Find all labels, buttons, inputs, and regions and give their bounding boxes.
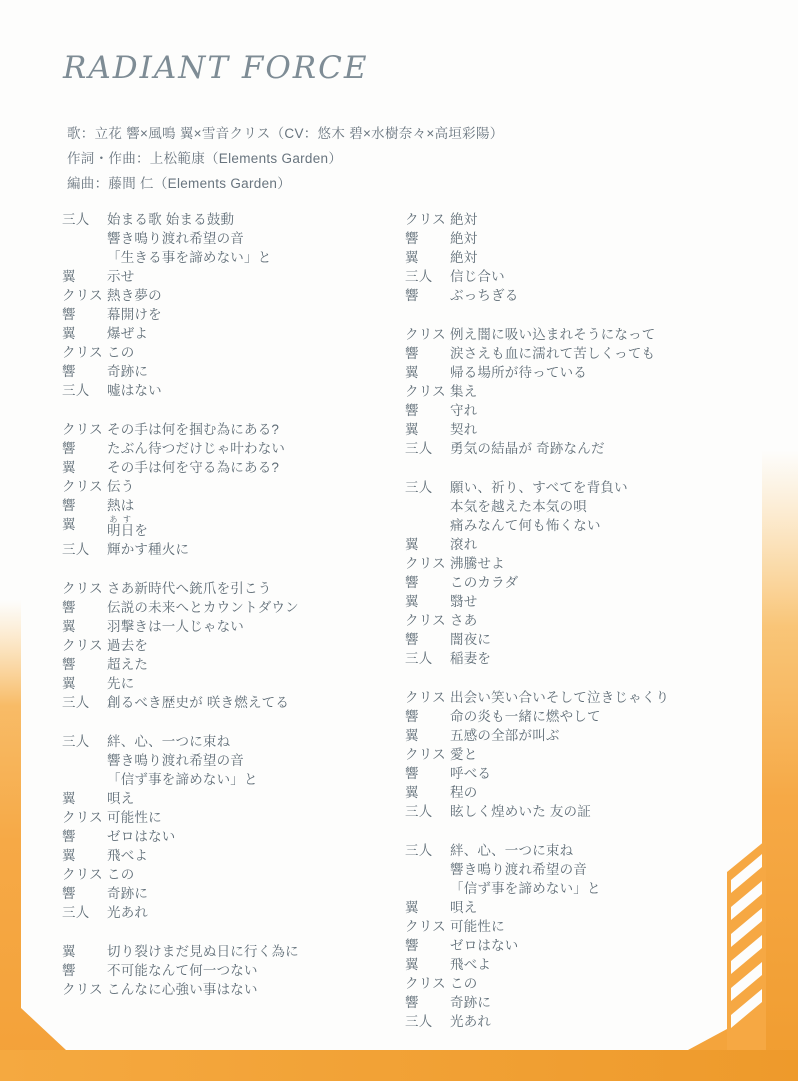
speaker-label <box>405 497 450 516</box>
lyric-line: 響呼べる <box>405 764 790 783</box>
lyric-line: クリスその手は何を掴む為にある? <box>62 420 397 439</box>
lyric-text: 唄え <box>107 789 134 808</box>
lyric-line: 響ゼロはない <box>405 936 790 955</box>
lyric-line: 翼程の <box>405 783 790 802</box>
lyric-text: 光あれ <box>450 1012 491 1031</box>
lyric-text: 勇気の結晶が 奇跡なんだ <box>450 439 605 458</box>
lyric-text: 稲妻を <box>450 649 491 668</box>
lyric-text: 伝う <box>107 477 134 496</box>
lyric-line: クリス伝う <box>62 477 397 496</box>
lyric-line: クリスさあ新時代へ銃爪を引こう <box>62 579 397 598</box>
speaker-label: クリス <box>405 917 450 936</box>
speaker-label: 響 <box>405 229 450 248</box>
lyric-text: 響き鳴り渡れ希望の音 <box>107 229 244 248</box>
speaker-label: 三人 <box>405 841 450 860</box>
speaker-label <box>405 860 450 879</box>
lyric-text: その手は何を守る為にある? <box>107 458 279 477</box>
lyric-block: クリス絶対響絶対翼絶対三人信じ合い響ぶっちぎる <box>405 210 790 305</box>
lyric-text: 「信ず事を諦めない」と <box>107 770 258 789</box>
lyric-text: 輝かす種火に <box>107 540 189 559</box>
speaker-label: 翼 <box>405 535 450 554</box>
lyric-line: 響ぶっちぎる <box>405 286 790 305</box>
speaker-label: クリス <box>62 865 107 884</box>
speaker-label: 響 <box>405 573 450 592</box>
lyric-text: 命の炎も一緒に燃やして <box>450 707 601 726</box>
lyric-line: 翼契れ <box>405 420 790 439</box>
lyric-block: クリスその手は何を掴む為にある?響たぶん待つだけじゃ叶わない翼その手は何を守る為… <box>62 420 397 559</box>
song-title: RADIANT FORCE <box>63 50 368 86</box>
lyric-text: ぶっちぎる <box>450 286 519 305</box>
lyric-text: 熱き夢の <box>107 286 162 305</box>
lyric-line: 翼唄え <box>405 898 790 917</box>
lyric-line: 響幕開けを <box>62 305 397 324</box>
lyric-text: 不可能なんて何一つない <box>107 961 258 980</box>
speaker-label: 三人 <box>62 732 107 751</box>
lyric-line: 翼唄え <box>62 789 397 808</box>
speaker-label <box>405 516 450 535</box>
lyric-line: クリスさあ <box>405 611 790 630</box>
lyric-text: 奇跡に <box>107 362 148 381</box>
lyric-line: 翼滾れ <box>405 535 790 554</box>
lyric-text: 超えた <box>107 655 148 674</box>
speaker-label: 三人 <box>405 802 450 821</box>
speaker-label: 響 <box>405 401 450 420</box>
lyric-line: 響守れ <box>405 401 790 420</box>
lyric-line: 三人稲妻を <box>405 649 790 668</box>
lyric-line: クリス集え <box>405 382 790 401</box>
lyric-line: クリスこの <box>62 865 397 884</box>
lyric-text: 爆ぜよ <box>107 324 148 343</box>
lyric-text: この <box>107 343 134 362</box>
lyric-text: 本気を越えた本気の唄 <box>450 497 587 516</box>
speaker-label: クリス <box>405 611 450 630</box>
lyric-line: クリス沸騰せよ <box>405 554 790 573</box>
lyric-line: クリス過去を <box>62 636 397 655</box>
lyric-line: 翼絶対 <box>405 248 790 267</box>
lyric-line: クリス愛と <box>405 745 790 764</box>
speaker-label: 翼 <box>62 674 107 693</box>
lyric-text: 守れ <box>450 401 477 420</box>
lyric-text: 響き鳴り渡れ希望の音 <box>107 751 244 770</box>
speaker-label: 翼 <box>405 248 450 267</box>
speaker-label: 響 <box>62 362 107 381</box>
lyric-line: 「信ず事を諦めない」と <box>405 879 790 898</box>
lyric-text: 五感の全部が叫ぶ <box>450 726 560 745</box>
lyrics-column-right: クリス絶対響絶対翼絶対三人信じ合い響ぶっちぎるクリス例え闇に吸い込まれそうになっ… <box>405 210 790 1051</box>
speaker-label: 三人 <box>405 649 450 668</box>
lyric-block: クリス出会い笑い合いそして泣きじゃくり響命の炎も一緒に燃やして翼五感の全部が叫ぶ… <box>405 688 790 821</box>
lyric-line: クリスこの <box>405 974 790 993</box>
lyric-text: 飛べよ <box>450 955 491 974</box>
lyric-text: 痛みなんて何も怖くない <box>450 516 601 535</box>
lyric-line: 翼飛べよ <box>405 955 790 974</box>
speaker-label: 響 <box>405 764 450 783</box>
lyric-text: 絶対 <box>450 248 477 267</box>
lyric-text: このカラダ <box>450 573 518 592</box>
speaker-label <box>62 751 107 770</box>
lyric-text: こんなに心強い事はない <box>107 980 258 999</box>
lyric-line: 三人嘘はない <box>62 381 397 400</box>
lyric-line: 翼爆ぜよ <box>62 324 397 343</box>
left-orange-band <box>0 600 66 1050</box>
credit-vocal: 歌：立花 響×風鳴 翼×雪音クリス（CV：悠木 碧×水樹奈々×高垣彩陽） <box>67 121 504 146</box>
lyric-line: 翼五感の全部が叫ぶ <box>405 726 790 745</box>
speaker-label: クリス <box>405 325 450 344</box>
lyric-text: 始まる歌 始まる鼓動 <box>107 210 234 229</box>
lyric-line: 三人絆、心、一つに束ね <box>405 841 790 860</box>
lyric-text: この <box>107 865 134 884</box>
lyric-text: 出会い笑い合いそして泣きじゃくり <box>450 688 669 707</box>
speaker-label: 響 <box>62 598 107 617</box>
speaker-label: 翼 <box>62 789 107 808</box>
speaker-label <box>62 248 107 267</box>
lyric-text: 例え闇に吸い込まれそうになって <box>450 325 656 344</box>
lyric-line: 響奇跡に <box>405 993 790 1012</box>
lyric-text: たぶん待つだけじゃ叶わない <box>107 439 285 458</box>
speaker-label: 三人 <box>405 439 450 458</box>
speaker-label: 響 <box>62 961 107 980</box>
lyric-line: 翼その手は何を守る為にある? <box>62 458 397 477</box>
lyric-line: 響ゼロはない <box>62 827 397 846</box>
speaker-label: クリス <box>405 974 450 993</box>
speaker-label: 響 <box>405 630 450 649</box>
speaker-label: 三人 <box>62 540 107 559</box>
speaker-label: クリス <box>405 745 450 764</box>
speaker-label: 翼 <box>62 515 107 540</box>
speaker-label: 響 <box>405 286 450 305</box>
lyric-block: 翼切り裂けまだ見ぬ日に行く為に響不可能なんて何一つないクリスこんなに心強い事はな… <box>62 942 397 999</box>
lyric-line: 響伝説の未来へとカウントダウン <box>62 598 397 617</box>
speaker-label: クリス <box>62 343 107 362</box>
speaker-label: 翼 <box>405 420 450 439</box>
speaker-label: 翼 <box>405 783 450 802</box>
lyric-line: 響不可能なんて何一つない <box>62 961 397 980</box>
lyric-text: さあ新時代へ銃爪を引こう <box>107 579 271 598</box>
lyric-text: 絶対 <box>450 229 477 248</box>
speaker-label: 響 <box>405 344 450 363</box>
lyric-line: 響命の炎も一緒に燃やして <box>405 707 790 726</box>
lyric-block: 三人始まる歌 始まる鼓動響き鳴り渡れ希望の音「生きる事を諦めない」と翼示せクリス… <box>62 210 397 400</box>
speaker-label: 翼 <box>405 898 450 917</box>
lyric-text: 呼べる <box>450 764 491 783</box>
lyric-text: 示せ <box>107 267 134 286</box>
lyric-line: 本気を越えた本気の唄 <box>405 497 790 516</box>
speaker-label: 三人 <box>62 903 107 922</box>
lyric-text: 滾れ <box>450 535 477 554</box>
lyric-text: 信じ合い <box>450 267 505 286</box>
lyric-text: 程の <box>450 783 477 802</box>
speaker-label: クリス <box>405 554 450 573</box>
lyric-block: 三人絆、心、一つに束ね響き鳴り渡れ希望の音「信ず事を諦めない」と翼唄えクリス可能… <box>62 732 397 922</box>
lyric-text: さあ <box>450 611 477 630</box>
lyric-line: クリス可能性に <box>62 808 397 827</box>
lyric-line: クリスこの <box>62 343 397 362</box>
lyric-line: 響涙さえも血に濡れて苦しくっても <box>405 344 790 363</box>
lyric-text: 「生きる事を諦めない」と <box>107 248 271 267</box>
lyric-text: この <box>450 974 477 993</box>
lyric-line: 響たぶん待つだけじゃ叶わない <box>62 439 397 458</box>
lyric-block: 三人絆、心、一つに束ね響き鳴り渡れ希望の音「信ず事を諦めない」と翼唄えクリス可能… <box>405 841 790 1031</box>
lyric-line: 響闇夜に <box>405 630 790 649</box>
lyric-line: 三人勇気の結晶が 奇跡なんだ <box>405 439 790 458</box>
lyric-text: 集え <box>450 382 477 401</box>
lyric-line: 響き鳴り渡れ希望の音 <box>62 751 397 770</box>
speaker-label: 翼 <box>62 617 107 636</box>
speaker-label: 翼 <box>405 955 450 974</box>
speaker-label: 響 <box>405 993 450 1012</box>
lyric-line: 響き鳴り渡れ希望の音 <box>405 860 790 879</box>
lyric-line: 響き鳴り渡れ希望の音 <box>62 229 397 248</box>
lyric-line: 翼示せ <box>62 267 397 286</box>
lyric-line: クリスこんなに心強い事はない <box>62 980 397 999</box>
lyric-text: 伝説の未来へとカウントダウン <box>107 598 299 617</box>
lyric-text: 絶対 <box>450 210 477 229</box>
lyrics-booklet-page: RADIANT FORCE 歌：立花 響×風鳴 翼×雪音クリス（CV：悠木 碧×… <box>0 0 798 1081</box>
lyric-line: 三人光あれ <box>405 1012 790 1031</box>
speaker-label: 響 <box>62 496 107 515</box>
lyric-line: 三人始まる歌 始まる鼓動 <box>62 210 397 229</box>
lyric-line: 三人輝かす種火に <box>62 540 397 559</box>
credit-lyrics-composition: 作詞・作曲：上松範康（Elements Garden） <box>67 146 504 171</box>
speaker-label: 翼 <box>62 942 107 961</box>
speaker-label: クリス <box>62 420 107 439</box>
lyric-text: ゼロはない <box>450 936 519 955</box>
lyric-text: 絆、心、一つに束ね <box>450 841 573 860</box>
lyric-line: クリス例え闇に吸い込まれそうになって <box>405 325 790 344</box>
lyric-line: 響奇跡に <box>62 362 397 381</box>
lyric-line: 三人願い、祈り、すべてを背負い <box>405 478 790 497</box>
speaker-label: クリス <box>62 477 107 496</box>
lyric-text: 「信ず事を諦めない」と <box>450 879 601 898</box>
lyric-text: 光あれ <box>107 903 148 922</box>
credits-block: 歌：立花 響×風鳴 翼×雪音クリス（CV：悠木 碧×水樹奈々×高垣彩陽） 作詞・… <box>67 121 504 196</box>
lyric-text: 唄え <box>450 898 477 917</box>
lyric-line: 響熱は <box>62 496 397 515</box>
lyric-text: 可能性に <box>107 808 162 827</box>
speaker-label: 翼 <box>405 363 450 382</box>
speaker-label: クリス <box>62 579 107 598</box>
bottom-orange-band <box>0 1050 798 1081</box>
lyric-text: ゼロはない <box>107 827 176 846</box>
lyric-line: 三人創るべき歴史が 咲き燃えてる <box>62 693 397 712</box>
speaker-label: クリス <box>62 636 107 655</box>
lyric-text: 契れ <box>450 420 477 439</box>
speaker-label: 響 <box>62 827 107 846</box>
lyric-block: 三人願い、祈り、すべてを背負い本気を越えた本気の唄痛みなんて何も怖くない翼滾れク… <box>405 478 790 668</box>
speaker-label: 三人 <box>405 267 450 286</box>
lyric-text: 闇夜に <box>450 630 491 649</box>
lyric-text: 飛べよ <box>107 846 148 865</box>
lyrics-column-left: 三人始まる歌 始まる鼓動響き鳴り渡れ希望の音「生きる事を諦めない」と翼示せクリス… <box>62 210 397 1019</box>
lyric-text: その手は何を掴む為にある? <box>107 420 279 439</box>
lyric-line: 翼飛べよ <box>62 846 397 865</box>
lyric-text: 嘘はない <box>107 381 162 400</box>
lyric-line: 響このカラダ <box>405 573 790 592</box>
lyric-line: クリス出会い笑い合いそして泣きじゃくり <box>405 688 790 707</box>
lyric-text: 先に <box>107 674 134 693</box>
speaker-label: 三人 <box>62 693 107 712</box>
lyric-text: 創るべき歴史が 咲き燃えてる <box>107 693 289 712</box>
speaker-label: 三人 <box>405 478 450 497</box>
lyric-line: 痛みなんて何も怖くない <box>405 516 790 535</box>
lyric-line: 翼帰る場所が待っている <box>405 363 790 382</box>
lyric-text: 明日あすを <box>107 515 148 540</box>
speaker-label: クリス <box>62 808 107 827</box>
lyric-text: 幕開けを <box>107 305 162 324</box>
speaker-label: 響 <box>62 305 107 324</box>
lyric-line: クリス可能性に <box>405 917 790 936</box>
lyric-text: 可能性に <box>450 917 505 936</box>
speaker-label: クリス <box>405 382 450 401</box>
lyric-line: 響絶対 <box>405 229 790 248</box>
speaker-label: クリス <box>405 688 450 707</box>
lyric-text: 眩しく煌めいた 友の証 <box>450 802 591 821</box>
lyric-text: 奇跡に <box>107 884 148 903</box>
lyric-line: 「信ず事を諦めない」と <box>62 770 397 789</box>
speaker-label: 三人 <box>62 381 107 400</box>
speaker-label: 翼 <box>62 324 107 343</box>
lyric-text: 切り裂けまだ見ぬ日に行く為に <box>107 942 299 961</box>
lyric-line: 翼明日あすを <box>62 515 397 540</box>
lyric-line: 三人信じ合い <box>405 267 790 286</box>
lyric-block: クリス例え闇に吸い込まれそうになって響涙さえも血に濡れて苦しくっても翼帰る場所が… <box>405 325 790 458</box>
lyric-line: 翼翳せ <box>405 592 790 611</box>
speaker-label: 翼 <box>62 458 107 477</box>
lyric-text: 過去を <box>107 636 148 655</box>
speaker-label: 三人 <box>405 1012 450 1031</box>
speaker-label <box>62 229 107 248</box>
speaker-label: クリス <box>405 210 450 229</box>
lyric-line: 三人光あれ <box>62 903 397 922</box>
lyric-text: 響き鳴り渡れ希望の音 <box>450 860 587 879</box>
lyric-text: 奇跡に <box>450 993 491 1012</box>
speaker-label: 響 <box>405 707 450 726</box>
lyric-text: 願い、祈り、すべてを背負い <box>450 478 628 497</box>
lyric-line: クリス熱き夢の <box>62 286 397 305</box>
speaker-label: 翼 <box>405 726 450 745</box>
lyric-text: 羽撃きは一人じゃない <box>107 617 244 636</box>
lyric-text: 帰る場所が待っている <box>450 363 587 382</box>
speaker-label <box>405 879 450 898</box>
lyric-line: 響奇跡に <box>62 884 397 903</box>
lyric-text: 沸騰せよ <box>450 554 505 573</box>
speaker-label: 翼 <box>62 846 107 865</box>
lyric-block: クリスさあ新時代へ銃爪を引こう響伝説の未来へとカウントダウン翼羽撃きは一人じゃな… <box>62 579 397 712</box>
speaker-label: 響 <box>62 655 107 674</box>
speaker-label: 響 <box>62 439 107 458</box>
speaker-label: 響 <box>405 936 450 955</box>
speaker-label: クリス <box>62 980 107 999</box>
lyric-line: 翼先に <box>62 674 397 693</box>
credit-arrangement: 編曲：藤間 仁（Elements Garden） <box>67 171 504 196</box>
lyric-line: 翼羽撃きは一人じゃない <box>62 617 397 636</box>
lyric-text: 翳せ <box>450 592 477 611</box>
speaker-label <box>62 770 107 789</box>
lyric-line: 「生きる事を諦めない」と <box>62 248 397 267</box>
lyric-text: 愛と <box>450 745 477 764</box>
lyric-line: 翼切り裂けまだ見ぬ日に行く為に <box>62 942 397 961</box>
speaker-label: クリス <box>62 286 107 305</box>
lyric-line: 三人眩しく煌めいた 友の証 <box>405 802 790 821</box>
speaker-label: 翼 <box>62 267 107 286</box>
lyric-line: 響超えた <box>62 655 397 674</box>
lyric-text: 熱は <box>107 496 134 515</box>
lyric-text: 絆、心、一つに束ね <box>107 732 230 751</box>
speaker-label: 三人 <box>62 210 107 229</box>
lyric-line: 三人絆、心、一つに束ね <box>62 732 397 751</box>
speaker-label: 翼 <box>405 592 450 611</box>
lyric-line: クリス絶対 <box>405 210 790 229</box>
lyric-text: 涙さえも血に濡れて苦しくっても <box>450 344 655 363</box>
speaker-label: 響 <box>62 884 107 903</box>
